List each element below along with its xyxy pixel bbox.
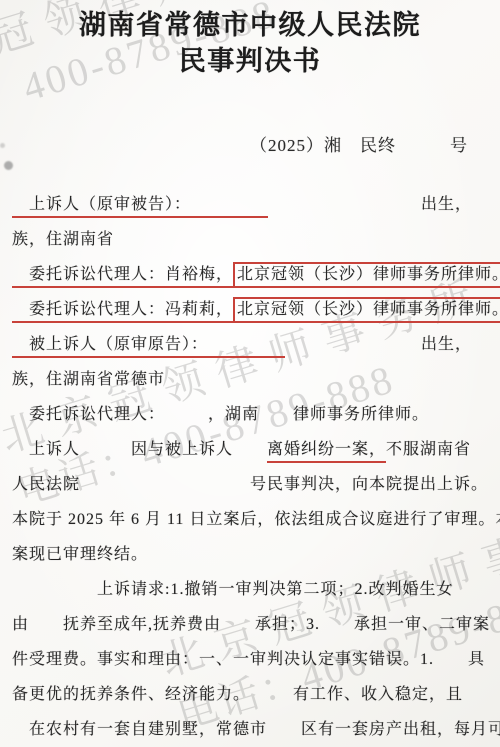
red-underlined-text: 离婚纠纷一案，	[267, 441, 386, 463]
document-line: 上诉请求:1.撤销一审判决第二项；2.改判婚生女	[12, 572, 496, 607]
case-number: （2025）湘 民终 号	[0, 131, 500, 155]
text-segment: 出生，	[268, 196, 472, 213]
text-segment: 本院于 2025 年 6 月 11 日立案后，依法组成合议庭进行了审理。本	[12, 511, 500, 528]
scan-speck	[4, 161, 13, 170]
text-segment: 人民法院 号民事判决，向本院提出上诉。	[12, 476, 488, 493]
red-boxed-text: 北京冠领（长沙）律师事务所律师。	[233, 262, 500, 288]
judgment-document-page: 北京冠领律师事务所 电话：400-8789-888 北京冠领律师事务所 电话：4…	[0, 0, 500, 747]
text-segment: 委托诉讼代理人： ，湖南 律师事务所律师。	[12, 406, 429, 423]
document-line: 委托诉讼代理人：冯莉莉，北京冠领（长沙）律师事务所律师。	[12, 292, 496, 327]
document-line: 在农村有一套自建别墅，常德市 区有一套房产出租，每月可	[12, 712, 496, 747]
text-segment: 件受理费。事实和理由：一、一审判决认定事实错误。1. 具	[12, 651, 485, 668]
text-segment: 在农村有一套自建别墅，常德市 区有一套房产出租，每月可	[12, 721, 500, 738]
text-segment: 由 抚养至成年,抚养费由 承担；3. 承担一审、二审案	[12, 616, 490, 633]
document-line: 备更优的抚养条件、经济能力。 有工作、收入稳定，且	[12, 677, 496, 712]
document-line: 委托诉讼代理人： ，湖南 律师事务所律师。	[12, 397, 496, 432]
document-line: 上诉人 因与被上诉人 离婚纠纷一案，不服湖南省	[12, 432, 496, 467]
red-underlined-text: 被上诉人（原审原告）：	[12, 336, 285, 358]
document-type-title: 民事判决书	[0, 43, 500, 79]
text-segment: 族，住湖南省	[12, 231, 114, 248]
red-underlined-text: 委托诉讼代理人：肖裕梅，	[12, 266, 233, 288]
text-segment: 上诉人 因与被上诉人	[12, 441, 267, 458]
document-line: 案现已审理终结。	[12, 537, 496, 572]
text-segment: 不服湖南省	[386, 441, 471, 458]
red-underlined-text: 上诉人（原审被告）：	[12, 196, 268, 218]
document-line: 由 抚养至成年,抚养费由 承担；3. 承担一审、二审案	[12, 607, 496, 642]
document-line: 委托诉讼代理人：肖裕梅，北京冠领（长沙）律师事务所律师。	[12, 257, 496, 292]
document-line: 上诉人（原审被告）： 出生，	[12, 187, 496, 222]
document-line: 件受理费。事实和理由：一、一审判决认定事实错误。1. 具	[12, 642, 496, 677]
text-segment: 案现已审理终结。	[12, 546, 148, 563]
document-line: 族，住湖南省常德市	[12, 362, 496, 397]
document-line: 族，住湖南省	[12, 222, 496, 257]
document-line: 被上诉人（原审原告）： 出生，	[12, 327, 496, 362]
text-segment: 族，住湖南省常德市	[12, 371, 165, 388]
document-line: 本院于 2025 年 6 月 11 日立案后，依法组成合议庭进行了审理。本	[12, 502, 496, 537]
judgment-body-text: 上诉人（原审被告）： 出生，族，住湖南省 委托诉讼代理人：肖裕梅，北京冠领（长沙…	[0, 187, 500, 747]
red-boxed-text: 北京冠领（长沙）律师事务所律师。	[233, 297, 500, 323]
text-segment: 备更优的抚养条件、经济能力。 有工作、收入稳定，且	[12, 686, 463, 703]
red-underlined-text: 委托诉讼代理人：冯莉莉，	[12, 301, 233, 323]
court-name-title: 湖南省常德市中级人民法院	[0, 0, 500, 43]
document-line: 人民法院 号民事判决，向本院提出上诉。	[12, 467, 496, 502]
text-segment: 上诉请求:1.撤销一审判决第二项；2.改判婚生女	[12, 581, 453, 598]
text-segment: 出生，	[285, 336, 472, 353]
scan-speck	[0, 143, 5, 148]
